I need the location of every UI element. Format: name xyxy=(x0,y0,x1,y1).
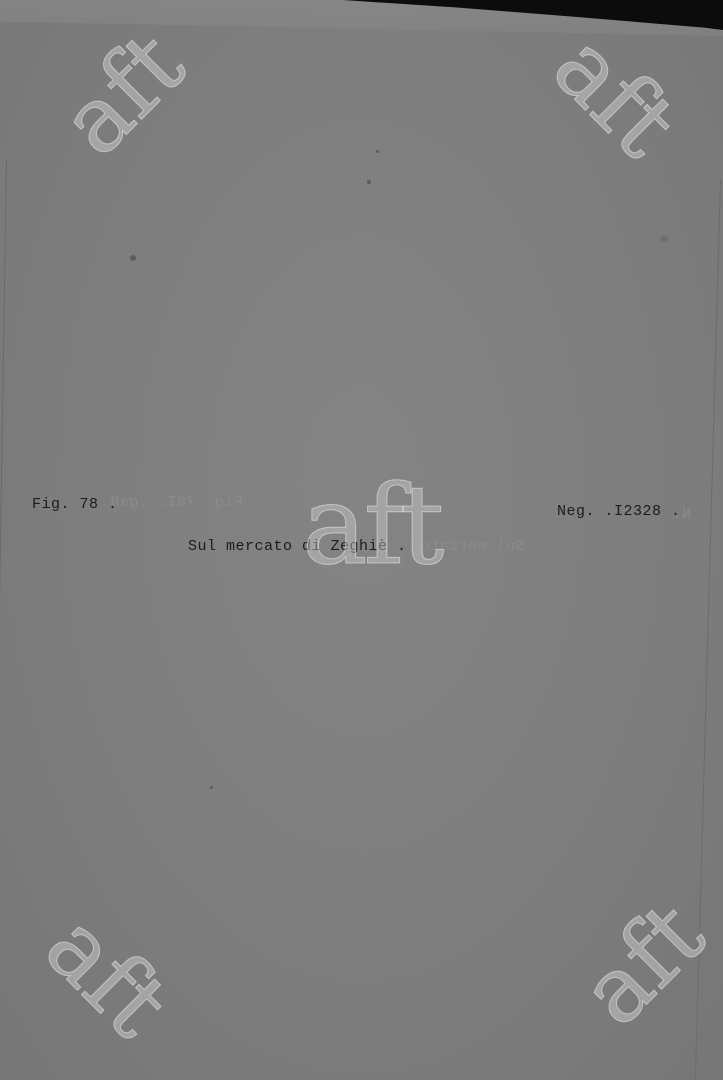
figure-label: Fig. 78 . xyxy=(32,496,118,513)
dust-speck xyxy=(660,235,668,243)
negative-number: Neg. .I2328 . xyxy=(557,503,681,520)
watermark-center: aft xyxy=(302,470,441,580)
dust-speck xyxy=(130,255,136,261)
left-margin-line xyxy=(0,160,7,980)
watermark-top-left: aft xyxy=(46,17,200,171)
watermark-top-right: aft xyxy=(538,19,692,173)
dust-speck xyxy=(210,786,213,789)
watermark-bottom-left: aft xyxy=(30,899,184,1053)
bleed-through-figure-label: Fig. 78I. .gaN xyxy=(110,494,243,511)
dust-speck xyxy=(367,180,371,184)
dust-speck xyxy=(376,150,379,153)
scanned-page: Fig. 78I. .gaN Sul mercato N. Fig. 78 . … xyxy=(0,0,723,1080)
